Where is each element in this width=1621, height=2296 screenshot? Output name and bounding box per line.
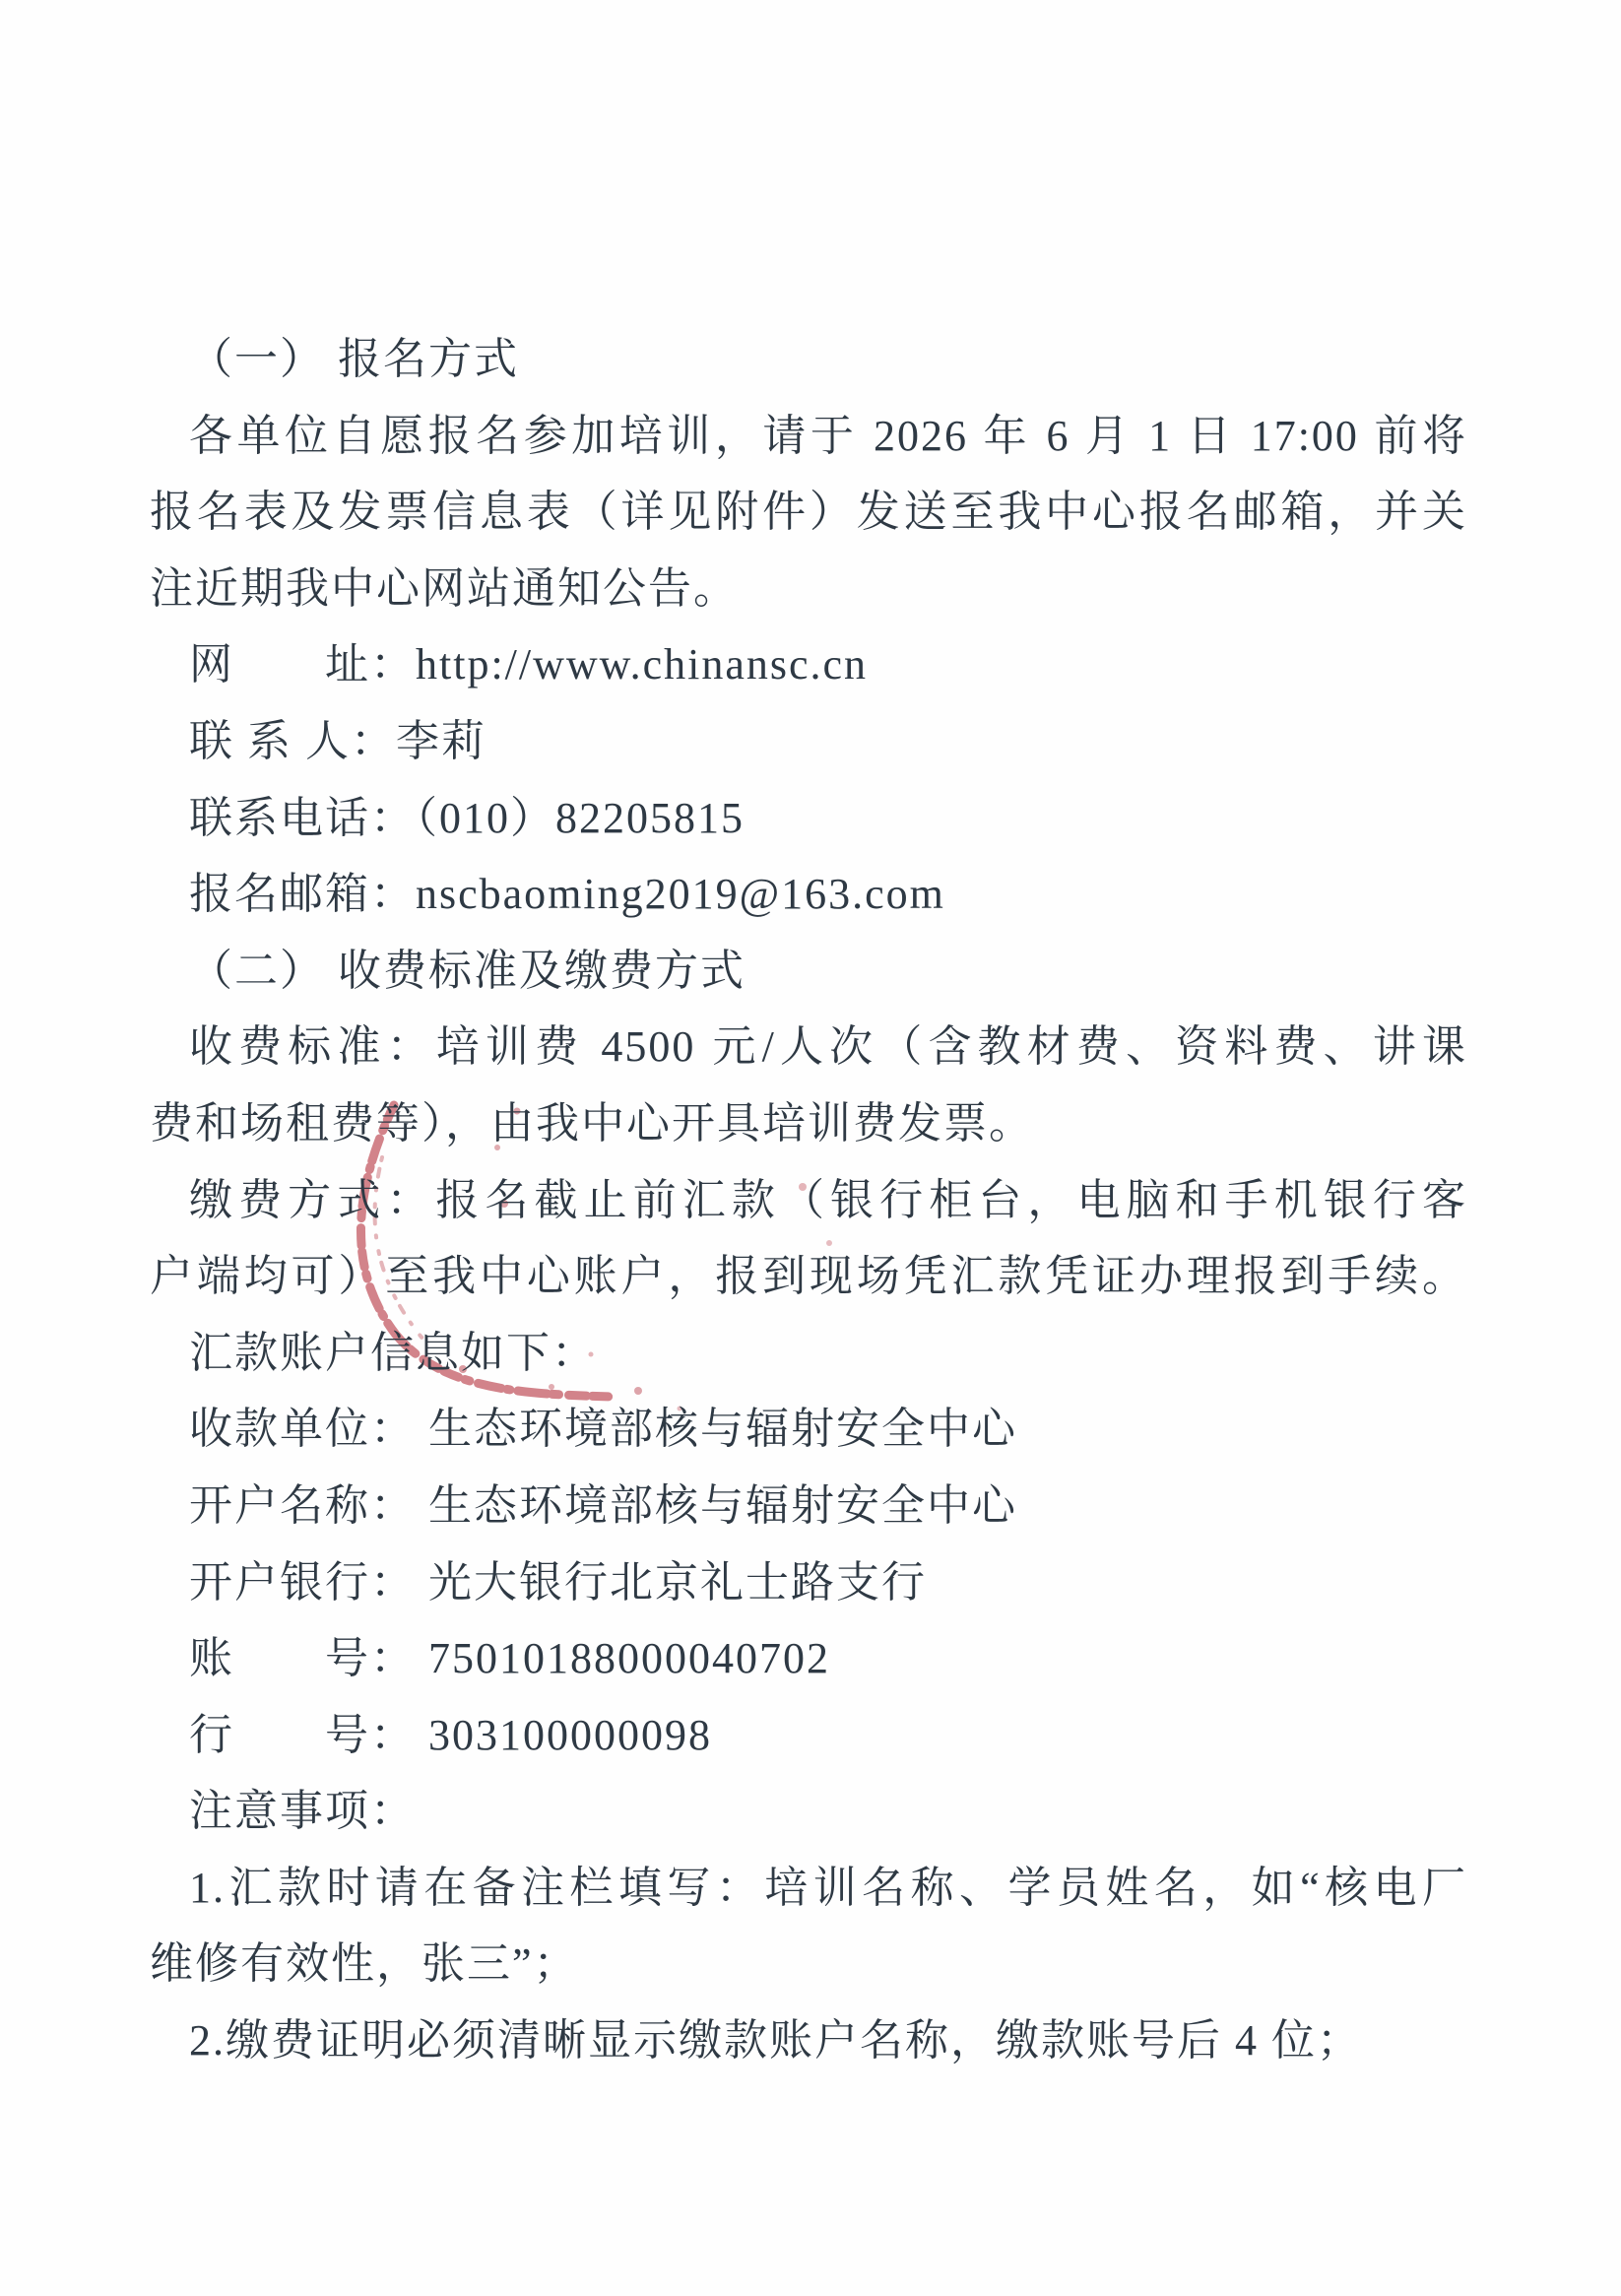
section-heading: （一） 报名方式 (150, 321, 1467, 398)
text-line: 收款单位： 生态环境部核与辐射安全中心 (150, 1391, 1467, 1468)
text-line: 1.汇款时请在备注栏填写：培训名称、学员姓名，如“核电厂 (150, 1850, 1467, 1927)
text-line: 缴费方式：报名截止前汇款（银行柜台，电脑和手机银行客 (150, 1162, 1467, 1239)
text-line: 行 号： 303100000098 (150, 1697, 1467, 1774)
text-line: 账 号： 75010188000040702 (150, 1620, 1467, 1697)
text-line: 汇款账户信息如下： (150, 1315, 1467, 1392)
section-heading: （二） 收费标准及缴费方式 (150, 933, 1467, 1010)
document-page: （一） 报名方式各单位自愿报名参加培训，请于 2026 年 6 月 1 日 17… (0, 0, 1621, 2296)
text-line: 2.缴费证明必须清晰显示缴款账户名称，缴款账号后 4 位； (150, 2002, 1467, 2079)
text-line: 网 址：http://www.chinansc.cn (150, 626, 1467, 703)
text-line: 报名表及发票信息表（详见附件）发送至我中心报名邮箱，并关 (150, 474, 1467, 551)
text-line: 注意事项： (150, 1773, 1467, 1850)
text-line: 各单位自愿报名参加培训，请于 2026 年 6 月 1 日 17:00 前将 (150, 398, 1467, 475)
text-line: 开户银行： 光大银行北京礼士路支行 (150, 1544, 1467, 1621)
text-line: 报名邮箱：nscbaoming2019@163.com (150, 856, 1467, 933)
text-line: 收费标准：培训费 4500 元/人次（含教材费、资料费、讲课 (150, 1009, 1467, 1085)
text-line: 联 系 人：李莉 (150, 703, 1467, 780)
text-line: 联系电话：（010）82205815 (150, 780, 1467, 857)
text-line: 开户名称： 生态环境部核与辐射安全中心 (150, 1468, 1467, 1544)
text-line: 户端均可）至我中心账户，报到现场凭汇款凭证办理报到手续。 (150, 1238, 1467, 1315)
text-block: （一） 报名方式各单位自愿报名参加培训，请于 2026 年 6 月 1 日 17… (150, 321, 1467, 2079)
text-line: 注近期我中心网站通知公告。 (150, 551, 1467, 627)
text-line: 费和场租费等），由我中心开具培训费发票。 (150, 1085, 1467, 1162)
text-line: 维修有效性，张三”； (150, 1926, 1467, 2002)
